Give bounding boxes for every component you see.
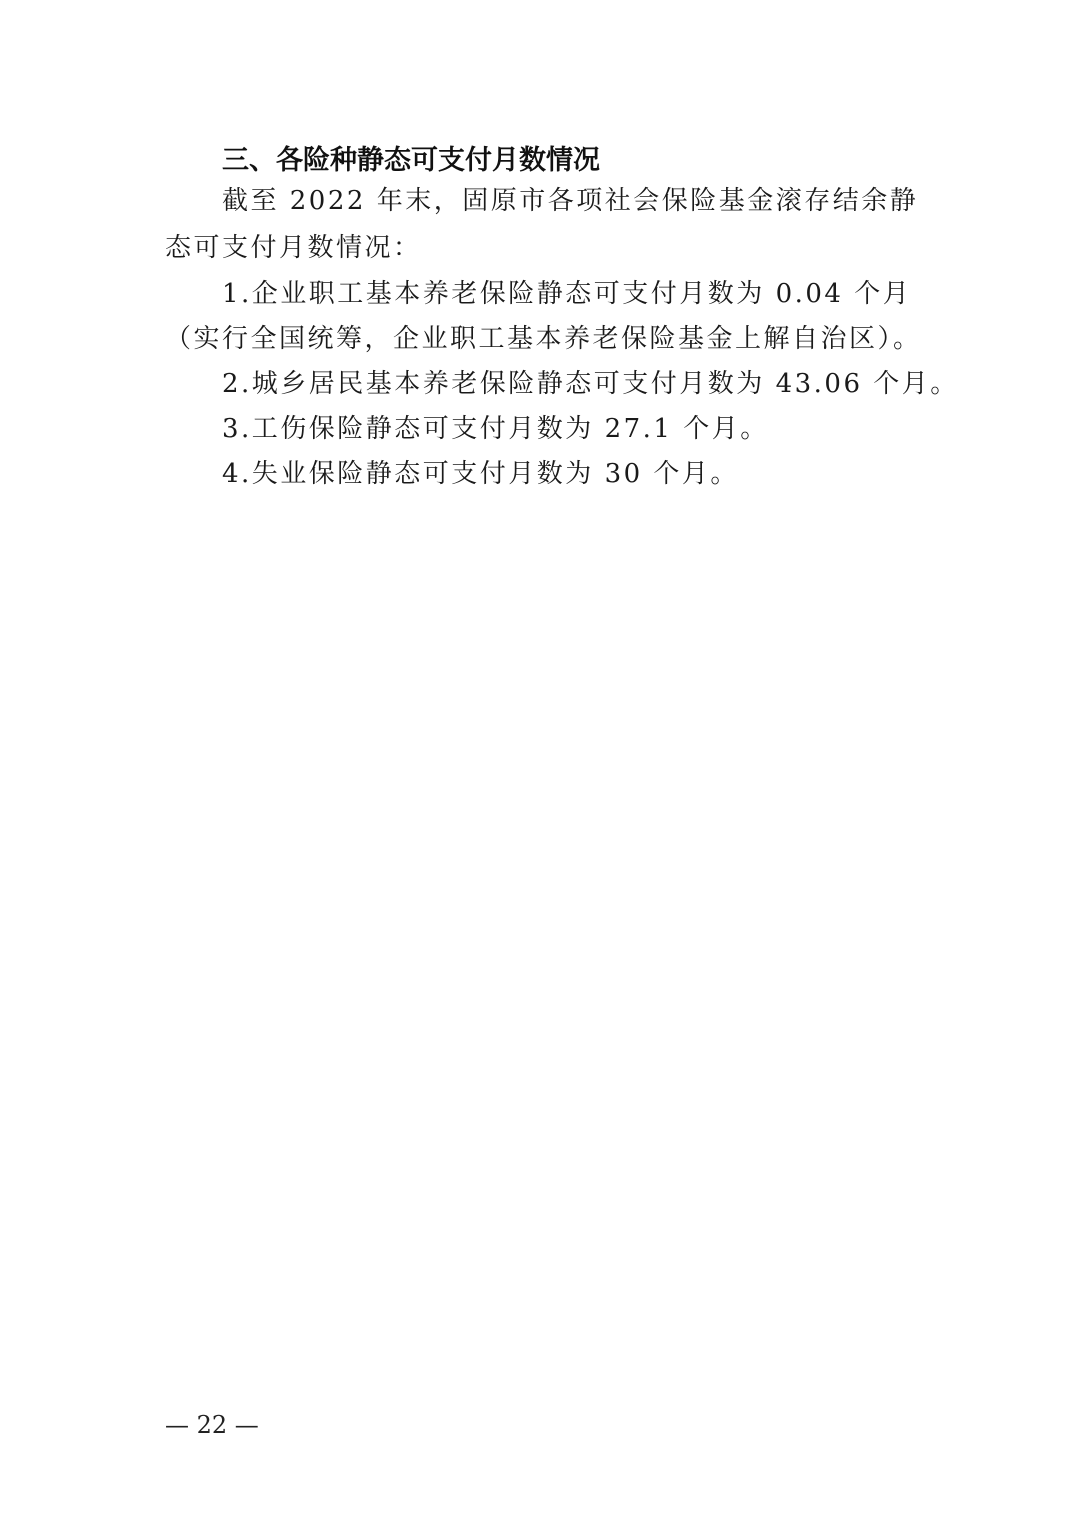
intro-line-2: 态可支付月数情况： [165, 232, 422, 264]
section-heading: 三、各险种静态可支付月数情况 [222, 138, 600, 177]
item-2: 2.城乡居民基本养老保险静态可支付月数为 43.06 个月。 [222, 368, 959, 400]
document-page: 三、各险种静态可支付月数情况 截至 2022 年末，固原市各项社会保险基金滚存结… [0, 0, 1074, 1520]
intro-line-1: 截至 2022 年末，固原市各项社会保险基金滚存结余静 [222, 185, 918, 217]
item-1-line-2: （实行全国统筹，企业职工基本养老保险基金上解自治区）。 [165, 323, 922, 355]
page-number: — 22 — [165, 1411, 259, 1439]
item-3: 3.工伤保险静态可支付月数为 27.1 个月。 [222, 413, 769, 445]
item-4: 4.失业保险静态可支付月数为 30 个月。 [222, 458, 739, 490]
item-1-line-1: 1.企业职工基本养老保险静态可支付月数为 0.04 个月 [222, 278, 911, 310]
